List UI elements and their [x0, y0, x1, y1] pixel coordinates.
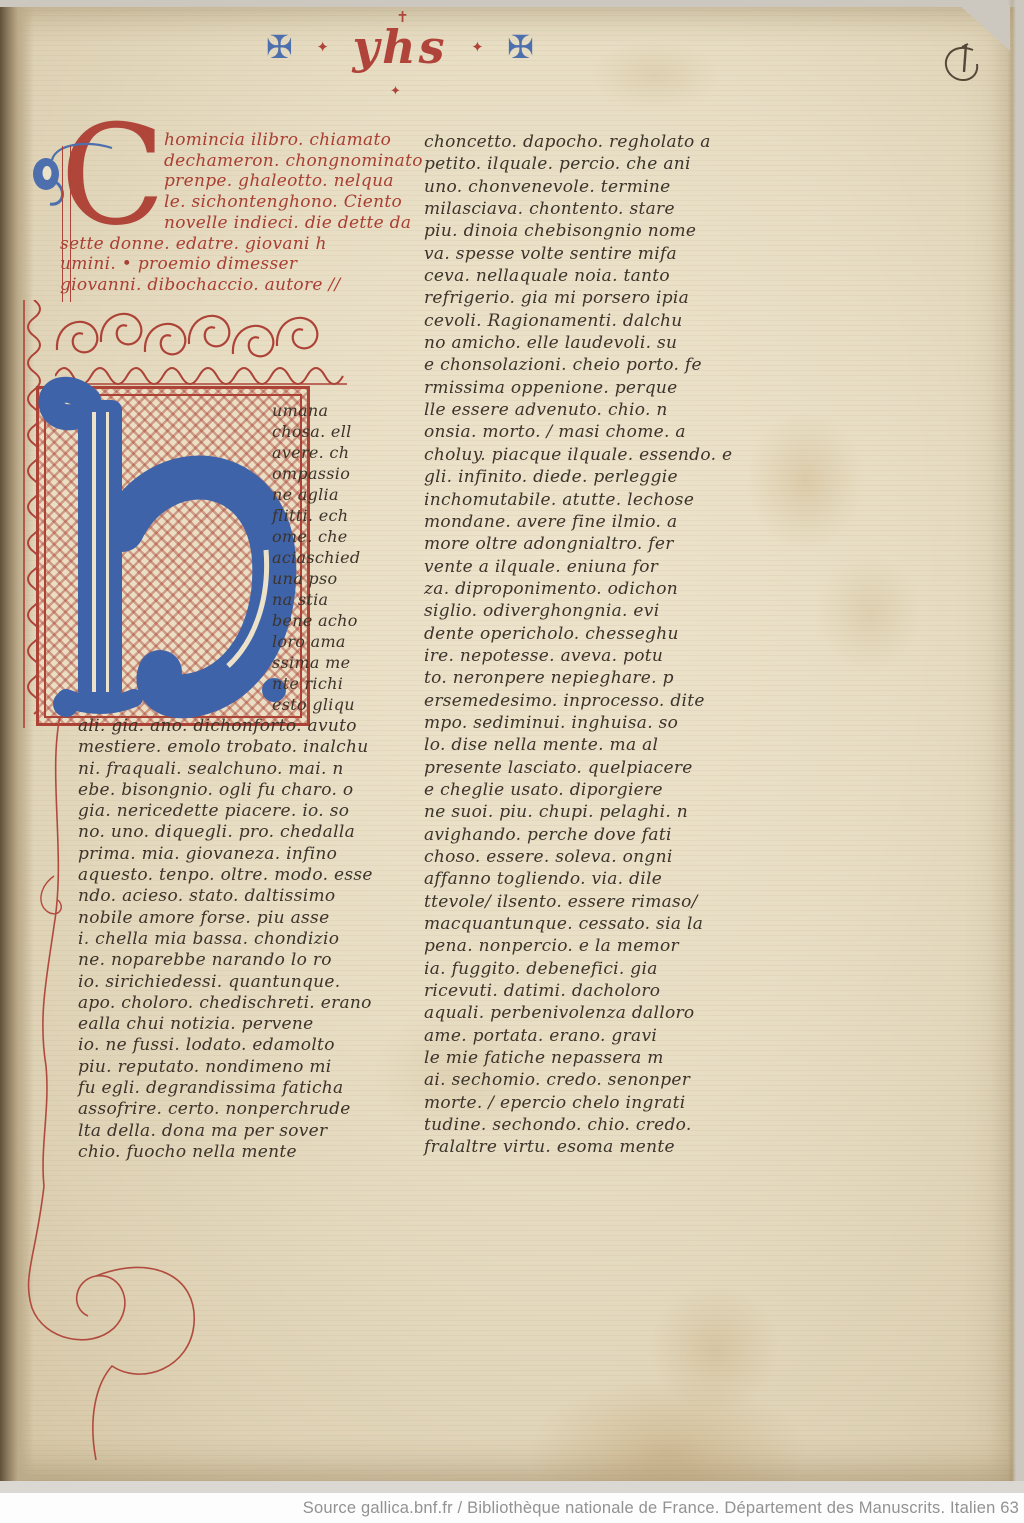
text-line: ome. che	[272, 526, 390, 547]
scan-right-edge	[1008, 0, 1024, 1481]
text-line: nobile amore forse. piu asse	[78, 908, 394, 929]
text-line: ire. nepotesse. aveva. potu	[424, 645, 760, 667]
text-line: umini. • proemio dimesser	[60, 254, 390, 275]
text-line: no amicho. elle laudevoli. su	[424, 332, 760, 354]
text-line: va. spesse volte sentire mifa	[424, 243, 760, 265]
text-line: nte richi	[272, 673, 390, 694]
text-line: gia. nericedette piacere. io. so	[78, 801, 394, 822]
text-line: mondane. avere fine ilmio. a	[424, 511, 760, 533]
text-line: gli. infinito. diede. perleggie	[424, 466, 760, 488]
parchment-stain	[748, 412, 864, 550]
text-line: ne aglia	[272, 484, 390, 505]
text-line: inchomutabile. atutte. lechose	[424, 489, 760, 511]
text-line: ebe. bisongnio. ogli fu charo. o	[78, 780, 394, 801]
scan-top-edge	[0, 0, 1024, 7]
footer-bar: Source gallica.bnf.fr / Bibliothèque nat…	[0, 1493, 1024, 1523]
ihs-monogram: yhs ✝	[352, 24, 447, 70]
left-column-text: ali. gia. ano. dichonforto. avutomestier…	[78, 716, 394, 1163]
text-line: io. sirichiedessi. quantunque.	[78, 972, 394, 993]
text-line: chio. fuocho nella mente	[78, 1142, 394, 1163]
text-line: aciaschied	[272, 547, 390, 568]
text-line: uno. chonvenevole. termine	[424, 176, 760, 198]
text-line: e cheglie usato. diporgiere	[424, 779, 760, 801]
gallica-footer: Source gallica.bnf.fr / Bibliothèque nat…	[0, 1481, 1024, 1523]
text-line: lle essere advenuto. chio. n	[424, 399, 760, 421]
diamond-mark-icon: ✦	[471, 40, 484, 55]
penwork-stem	[62, 146, 71, 302]
parchment-page: ✠ ✦ yhs ✝ ✦ ✠ ✦ 1 C homincia ilibro. chi…	[0, 0, 1024, 1481]
text-line: tudine. sechondo. chio. credo.	[424, 1114, 760, 1136]
maltese-cross-icon: ✠	[266, 31, 293, 63]
text-line: ne. noparebbe narando lo ro	[78, 950, 394, 971]
text-line: ricevuti. datimi. dacholoro	[424, 980, 760, 1002]
text-line: siglio. odiverghongnia. evi	[424, 600, 760, 622]
text-line: choncetto. dapocho. regholato a	[424, 131, 760, 153]
text-line: refrigerio. gia mi porsero ipia	[424, 287, 760, 309]
text-line: ndo. acieso. stato. daltissimo	[78, 886, 394, 907]
text-line: pena. nonpercio. e la memor	[424, 935, 760, 957]
text-line: fu egli. degrandissima faticha	[78, 1078, 394, 1099]
text-line: dente opericholo. chesseghu	[424, 623, 760, 645]
text-line: giovanni. dibochaccio. autore //	[60, 275, 390, 296]
scrollwork-band	[55, 296, 347, 388]
text-line: e chonsolazioni. cheio porto. fe	[424, 354, 760, 376]
text-line: rmissima oppenione. perque	[424, 377, 760, 399]
text-line: mestiere. emolo trobato. inalchu	[78, 737, 394, 758]
text-line: chosa. ell	[272, 421, 390, 442]
parchment-stain	[650, 1285, 780, 1415]
text-line: piu. reputato. nondimeno mi	[78, 1057, 394, 1078]
text-line: ni. fraquali. sealchuno. mai. n	[78, 759, 394, 780]
text-line: fralaltre virtu. esoma mente	[424, 1136, 760, 1158]
text-line: io. ne fussi. lodato. edamolto	[78, 1035, 394, 1056]
text-line: petito. ilquale. percio. che ani	[424, 153, 760, 175]
text-line: milasciava. chontento. stare	[424, 198, 760, 220]
left-column-side-text: umanachosa. ellavere. chompassione aglia…	[272, 400, 390, 715]
text-line: ersemedesimo. inprocesso. dite	[424, 690, 760, 712]
text-line: affanno togliendo. via. dile	[424, 868, 760, 890]
text-line: aquesto. tenpo. oltre. modo. esse	[78, 865, 394, 886]
text-line: umana	[272, 400, 390, 421]
text-line: sette donne. edatre. giovani h	[60, 234, 390, 255]
text-line: ia. fuggito. debenefici. gia	[424, 958, 760, 980]
diamond-mark-icon: ✦	[316, 40, 329, 55]
maltese-cross-icon: ✠	[507, 31, 534, 63]
text-line: morte. / epercio chelo ingrati	[424, 1092, 760, 1114]
text-line: bene acho	[272, 610, 390, 631]
text-line: cevoli. Ragionamenti. dalchu	[424, 310, 760, 332]
text-line: flitti. ech	[272, 505, 390, 526]
text-line: piu. dinoia chebisongnio nome	[424, 220, 760, 242]
text-line: assofrire. certo. nonperchrude	[78, 1099, 394, 1120]
text-line: aquali. perbenivolenza dalloro	[424, 1002, 760, 1024]
text-line: ompassio	[272, 463, 390, 484]
right-column-text: choncetto. dapocho. regholato apetito. i…	[424, 131, 760, 1159]
source-attribution: Source gallica.bnf.fr / Bibliothèque nat…	[303, 1499, 1024, 1518]
text-line: vente a ilquale. eniuna for	[424, 556, 760, 578]
diamond-mark-icon: ✦	[390, 84, 401, 99]
text-line: presente lasciato. quelpiacere	[424, 757, 760, 779]
text-line: ne suoi. piu. chupi. pelaghi. n	[424, 801, 760, 823]
initial-frame	[36, 386, 310, 726]
text-line: apo. choloro. chedischreti. erano	[78, 993, 394, 1014]
text-line: no. uno. diquegli. pro. chedalla	[78, 822, 394, 843]
text-line: ssima me	[272, 652, 390, 673]
text-line: ealla chui notizia. pervene	[78, 1014, 394, 1035]
parchment-stain	[590, 40, 720, 110]
text-line: to. neronpere nepieghare. p	[424, 667, 760, 689]
text-line: choso. essere. soleva. ongni	[424, 846, 760, 868]
text-line: mpo. sediminui. inghuisa. so	[424, 712, 760, 734]
text-line: ceva. nellaquale noia. tanto	[424, 265, 760, 287]
text-line: za. diproponimento. odichon	[424, 578, 760, 600]
text-line: more oltre adongnialtro. fer	[424, 533, 760, 555]
text-line: le mie fatiche nepassera m	[424, 1047, 760, 1069]
text-line: avighando. perche dove fati	[424, 824, 760, 846]
blue-paraph-icon	[16, 134, 126, 218]
folio-number-mark: 1	[933, 38, 987, 90]
text-line: lta della. dona ma per sover	[78, 1121, 394, 1142]
text-line: avere. ch	[272, 442, 390, 463]
text-line: lo. dise nella mente. ma al	[424, 734, 760, 756]
parchment-stain	[818, 555, 922, 671]
text-line: na stia	[272, 589, 390, 610]
text-line: i. chella mia bassa. chondizio	[78, 929, 394, 950]
small-cross-icon: ✝	[396, 8, 409, 26]
text-line: ai. sechomio. credo. senonper	[424, 1069, 760, 1091]
footer-gray-strip	[0, 1481, 1024, 1493]
text-line: una pso	[272, 568, 390, 589]
text-line: choluy. piacque ilquale. essendo. e	[424, 444, 760, 466]
text-line: ame. portata. erano. gravi	[424, 1025, 760, 1047]
manuscript-scan: ✠ ✦ yhs ✝ ✦ ✠ ✦ 1 C homincia ilibro. chi…	[0, 0, 1024, 1523]
text-line: macquantunque. cessato. sia la	[424, 913, 760, 935]
ihs-header: ✠ ✦ yhs ✝ ✦ ✠	[266, 24, 534, 70]
ihs-monogram-text: yhs	[352, 20, 447, 74]
text-line: onsia. morto. / masi chome. a	[424, 421, 760, 443]
text-line: ali. gia. ano. dichonforto. avuto	[78, 716, 394, 737]
text-line: ttevole/ ilsento. essere rimaso/	[424, 891, 760, 913]
text-line: prima. mia. giovaneza. infino	[78, 844, 394, 865]
text-line: loro ama	[272, 631, 390, 652]
folio-number-curve	[933, 38, 987, 90]
text-line: esto gliqu	[272, 694, 390, 715]
